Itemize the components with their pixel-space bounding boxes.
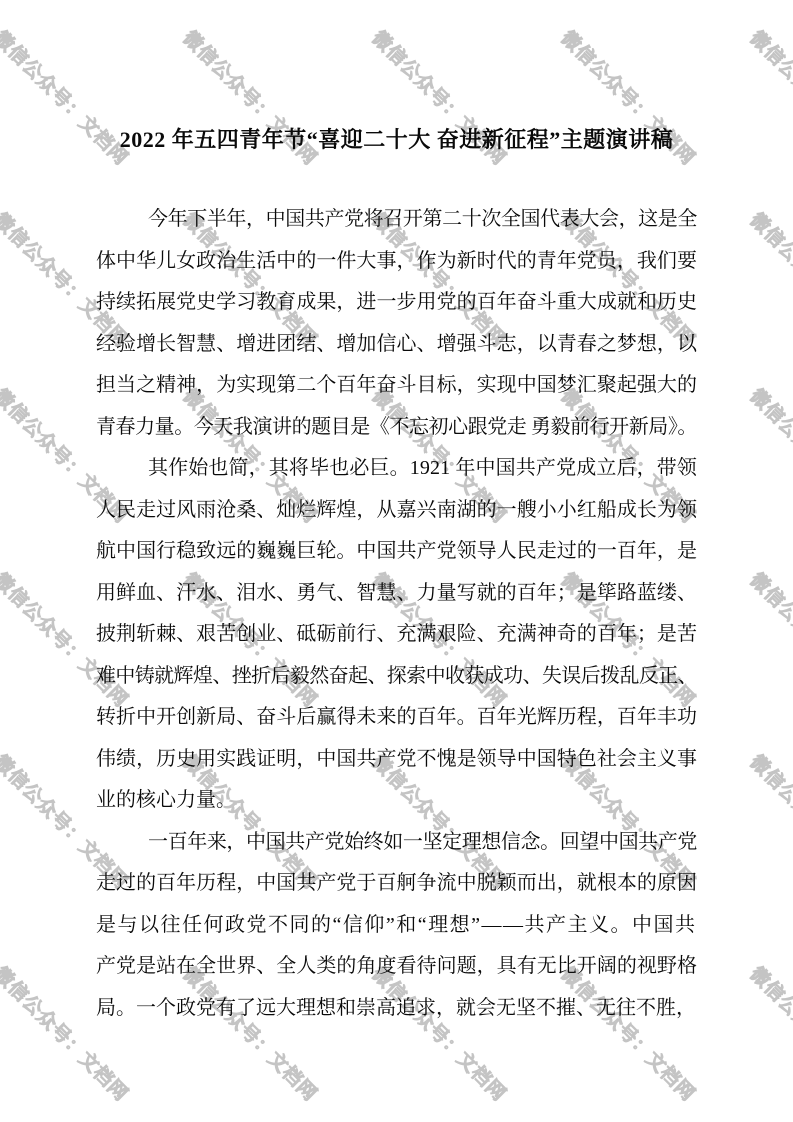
text-line-content: 持续拓展党史学习教育成果，进一步用党的百年奋斗重大成就和历史 — [96, 291, 697, 313]
document-title: 2022 年五四青年节“喜迎二十大 奋进新征程”主题演讲稿 — [0, 122, 793, 158]
watermark-text: 微信公众号：文档网 — [745, 382, 793, 528]
watermark-text: 微信公众号：文档网 — [745, 566, 793, 712]
text-line-content: 其作始也简，其将毕也必巨。1921 年中国共产党成立后，带领 — [148, 457, 697, 479]
text-line: 业的核心力量。 — [96, 780, 697, 822]
watermark-text: 微信公众号：文档网 — [745, 748, 793, 894]
text-line-content: 用鲜血、汗水、泪水、勇气、智慧、力量写就的百年；是筚路蓝缕、 — [96, 582, 697, 604]
text-line-content: 今年下半年，中国共产党将召开第二十次全国代表大会，这是全 — [148, 208, 697, 230]
text-line: 难中铸就辉煌、挫折后毅然奋起、探索中收获成功、失误后拨乱反正、 — [96, 656, 697, 698]
text-line: 人民走过风雨沧桑、灿烂辉煌，从嘉兴南湖的一艘小小红船成长为领 — [96, 490, 697, 532]
text-line: 转折中开创新局、奋斗后赢得未来的百年。百年光辉历程，百年丰功 — [96, 697, 697, 739]
text-line-content: 体中华儿女政治生活中的一件大事，作为新时代的青年党员，我们要 — [96, 250, 697, 272]
text-line: 走过的百年历程，中国共产党于百舸争流中脱颖而出，就根本的原因 — [96, 863, 697, 905]
text-line: 是与以往任何政党不同的“信仰”和“理想”——共产主义。中国共 — [96, 905, 697, 947]
text-line-content: 担当之精神，为实现第二个百年奋斗目标，实现中国梦汇聚起强大的 — [96, 374, 697, 396]
document-body: 今年下半年，中国共产党将召开第二十次全国代表大会，这是全体中华儿女政治生活中的一… — [96, 199, 697, 1029]
text-line: 航中国行稳致远的巍巍巨轮。中国共产党领导人民走过的一百年，是 — [96, 531, 697, 573]
text-line: 局。一个政党有了远大理想和崇高追求，就会无坚不摧、无往不胜， — [96, 988, 697, 1030]
text-line-content: 业的核心力量。 — [96, 789, 236, 811]
text-line: 用鲜血、汗水、泪水、勇气、智慧、力量写就的百年；是筚路蓝缕、 — [96, 573, 697, 615]
text-line: 其作始也简，其将毕也必巨。1921 年中国共产党成立后，带领 — [96, 448, 697, 490]
text-line-content: 青春力量。今天我演讲的题目是《不忘初心跟党走 勇毅前行开新局》。 — [96, 416, 697, 438]
text-line: 伟绩，历史用实践证明，中国共产党不愧是领导中国特色社会主义事 — [96, 739, 697, 781]
text-line-content: 难中铸就辉煌、挫折后毅然奋起、探索中收获成功、失误后拨乱反正、 — [96, 665, 697, 687]
text-line: 担当之精神，为实现第二个百年奋斗目标，实现中国梦汇聚起强大的 — [96, 365, 697, 407]
text-line-content: 经验增长智慧、增进团结、增加信心、增强斗志，以青春之梦想，以 — [96, 333, 697, 355]
text-line: 一百年来，中国共产党始终如一坚定理想信念。回望中国共产党 — [96, 822, 697, 864]
text-line-content: 转折中开创新局、奋斗后赢得未来的百年。百年光辉历程，百年丰功 — [96, 706, 697, 728]
text-line: 披荆斩棘、艰苦创业、砥砺前行、充满艰险、充满神奇的百年；是苦 — [96, 614, 697, 656]
document-page: 微信公众号：文档网微信公众号：文档网微信公众号：文档网微信公众号：文档网微信公众… — [0, 0, 793, 1122]
text-line-content: 走过的百年历程，中国共产党于百舸争流中脱颖而出，就根本的原因 — [96, 872, 697, 894]
text-line: 体中华儿女政治生活中的一件大事，作为新时代的青年党员，我们要 — [96, 241, 697, 283]
text-line-content: 产党是站在全世界、全人类的角度看待问题，具有无比开阔的视野格 — [96, 955, 697, 977]
watermark-text: 微信公众号：文档网 — [745, 206, 793, 352]
watermark-text: 微信公众号：文档网 — [745, 960, 793, 1106]
text-line-content: 局。一个政党有了远大理想和崇高追求，就会无坚不摧、无往不胜， — [96, 997, 696, 1019]
text-line-content: 人民走过风雨沧桑、灿烂辉煌，从嘉兴南湖的一艘小小红船成长为领 — [96, 499, 697, 521]
text-line-content: 航中国行稳致远的巍巍巨轮。中国共产党领导人民走过的一百年，是 — [96, 540, 697, 562]
text-line: 今年下半年，中国共产党将召开第二十次全国代表大会，这是全 — [96, 199, 697, 241]
text-line: 青春力量。今天我演讲的题目是《不忘初心跟党走 勇毅前行开新局》。 — [96, 407, 697, 449]
text-line-content: 一百年来，中国共产党始终如一坚定理想信念。回望中国共产党 — [148, 831, 697, 853]
text-line-content: 是与以往任何政党不同的“信仰”和“理想”——共产主义。中国共 — [96, 914, 697, 936]
text-line: 经验增长智慧、增进团结、增加信心、增强斗志，以青春之梦想，以 — [96, 324, 697, 366]
text-line: 持续拓展党史学习教育成果，进一步用党的百年奋斗重大成就和历史 — [96, 282, 697, 324]
text-line-content: 披荆斩棘、艰苦创业、砥砺前行、充满艰险、充满神奇的百年；是苦 — [96, 623, 697, 645]
text-line-content: 伟绩，历史用实践证明，中国共产党不愧是领导中国特色社会主义事 — [96, 748, 697, 770]
text-line: 产党是站在全世界、全人类的角度看待问题，具有无比开阔的视野格 — [96, 946, 697, 988]
